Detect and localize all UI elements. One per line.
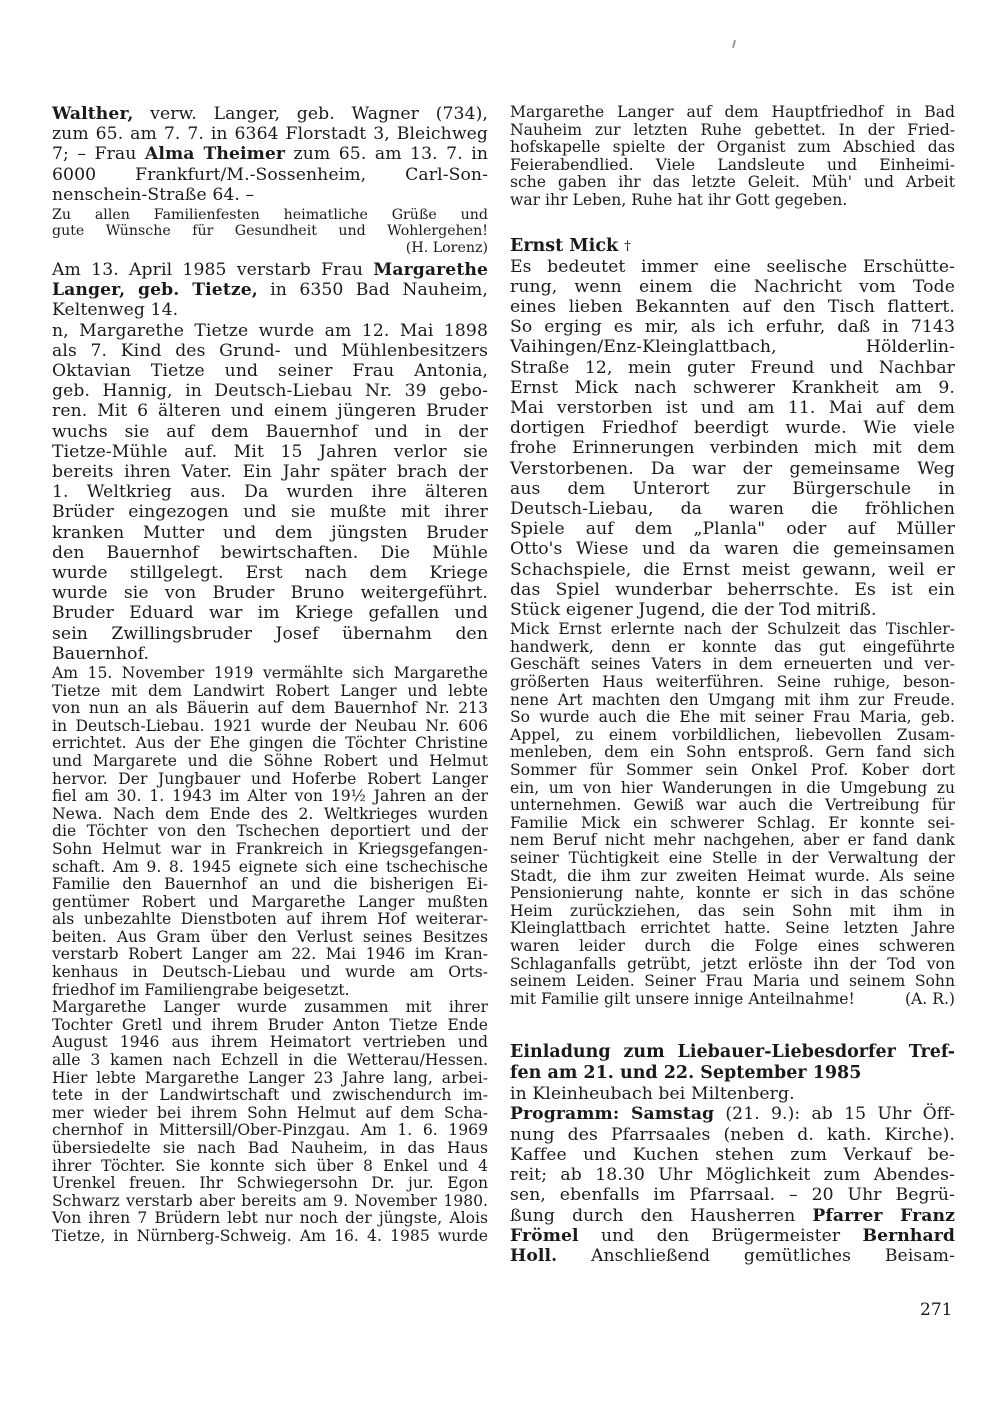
text-line: Geschäft seines Vaters in dem erneuerten… (510, 656, 955, 674)
text-line: Schwarz verstarb aber bereits am 9. Nove… (52, 1193, 488, 1211)
text-line: in Deutsch-Liebau. 1921 wurde der Neubau… (52, 718, 488, 736)
greeting-line: Zu allen Familienfesten heimatliche Grüß… (52, 207, 488, 223)
text-line: 1. Weltkrieg aus. Da wurden ihre älteren (52, 482, 488, 502)
closing-signature: (A. R.) (905, 991, 955, 1009)
left-column: Walther, verw. Langer, geb. Wagner (734)… (52, 104, 488, 1246)
text-line: übersiedelte sie nach Bad Nauheim, in da… (52, 1140, 488, 1158)
text-line: Margarethe Langer auf dem Hauptfriedhof … (510, 104, 955, 122)
text-line: errichtet. Aus der Ehe gingen die Töchte… (52, 735, 488, 753)
text-line: Tietze mit dem Landwirt Robert Langer un… (52, 683, 488, 701)
text-line: Brüder eingezogen und sie mußte mit ihre… (52, 502, 488, 522)
text-line: Deutsch-Liebau, da waren die fröhlichen (510, 499, 955, 519)
text-line: Tochter Gretl und ihrem Bruder Anton Tie… (52, 1017, 488, 1035)
text-line: war ihr Leben, Ruhe hat ihr Gott gegeben… (510, 192, 955, 210)
text-line: alle 3 kamen nach Echzell in die Wettera… (52, 1052, 488, 1070)
program-line: sen, ebenfalls im Pfarrsaal. – 20 Uhr Be… (510, 1185, 955, 1205)
text-line: geb. Hannig, in Deutsch-Liebau Nr. 39 ge… (52, 381, 488, 401)
text-line: den Bauernhof bewirtschaften. Die Mühle (52, 543, 488, 563)
right-column: Margarethe Langer auf dem Hauptfriedhof … (510, 104, 955, 1266)
text-line: dortigen Friedhof beerdigt wurde. Wie vi… (510, 418, 955, 438)
text-line: Oktavian Tietze und seiner Frau Antonia, (52, 361, 488, 381)
program-line: Holl. Anschließend gemütliches Beisam- (510, 1246, 955, 1266)
text-line: Tietze-Mühle auf. Mit 15 Jahren verlor s… (52, 442, 488, 462)
greeting-signature: (H. Lorenz) (52, 240, 488, 256)
text-line: 6000 Frankfurt/M.-Sossenheim, Carl-Son- (52, 165, 488, 185)
text-line: fiel am 30. 1. 1943 im Alter von 19½ Jah… (52, 788, 488, 806)
text-line: Schlaganfalls getrübt, jetzt erlöste ihn… (510, 956, 955, 974)
text-line: als 7. Kind des Grund- und Mühlenbesitze… (52, 341, 488, 361)
text-line: Newa. Nach dem Ende des 2. Weltkrieges w… (52, 806, 488, 824)
text-line: Von ihren 7 Brüdern lebt nur noch der jü… (52, 1210, 488, 1228)
text-line: Es bedeutet immer eine seelische Erschüt… (510, 257, 955, 277)
text-line: größerten Haus weiterführen. Seine ruhig… (510, 674, 955, 692)
text-line: Vaihingen/Enz-Kleinglattbach, Hölderlin- (510, 337, 955, 357)
text-line: Keltenweg 14. (52, 300, 488, 320)
text-line: tete in der Landwirtschaft und zwischend… (52, 1087, 488, 1105)
text-line: wurde sie von Bruder Bruno weitergeführt… (52, 583, 488, 603)
text-line: Spiele auf dem „Planla" oder auf Müller (510, 519, 955, 539)
text-line: wurde stillgelegt. Erst nach dem Kriege (52, 563, 488, 583)
obituary-mick-paragraph-1: Es bedeutet immer eine seelische Erschüt… (510, 257, 955, 621)
text-line: waren leider durch die Folge eines schwe… (510, 938, 955, 956)
text-line: So erging es mir, als ich erfuhr, daß in… (510, 317, 955, 337)
text-line: unternehmen. Gewiß war auch die Vertreib… (510, 797, 955, 815)
text-line: gentümer Robert und Margarethe Langer mu… (52, 894, 488, 912)
obituary-mick-paragraph-2: Mick Ernst erlernte nach der Schulzeit d… (510, 621, 955, 990)
invitation-body: in Kleinheubach bei Miltenberg. Programm… (510, 1084, 955, 1266)
program-line: reit; ab 18.30 Uhr Möglichkeit zum Abend… (510, 1165, 955, 1185)
text-line: Pensionierung nahte, konnte er sich in d… (510, 885, 955, 903)
text-line: von nun an als Bäuerin auf dem Bauernhof… (52, 700, 488, 718)
text-line: hervor. Der Jungbauer und Hoferbe Robert… (52, 771, 488, 789)
text-line: Sohn Helmut war in Frankreich in Kriegsg… (52, 841, 488, 859)
text-line: sche gaben ihr das letzte Geleit. Müh' u… (510, 174, 955, 192)
cross-icon: † (624, 239, 631, 254)
text-line: Hier lebte Margarethe Langer 23 Jahre la… (52, 1070, 488, 1088)
text-line: seinem Leiden. Seiner Frau Maria und sei… (510, 973, 955, 991)
text-line: chernhof in Mittersill/Ober-Pinzgau. Am … (52, 1122, 488, 1140)
program-line: Frömel und den Brügermeister Bernhard (510, 1226, 955, 1246)
obituary-mick-heading: Ernst Mick † (510, 236, 955, 257)
text-line: die Töchter von den Tschechen deportiert… (52, 823, 488, 841)
text-line: und Margarete und die Söhne Robert und H… (52, 753, 488, 771)
text-line: seiner Tüchtigkeit eine Stelle in der Ve… (510, 850, 955, 868)
text-line: ihrer Töchter. Sie konnte sich über 8 En… (52, 1158, 488, 1176)
text-line: schaft. Am 9. 8. 1945 eignete sich eine … (52, 859, 488, 877)
text-line: Straße 12, mein guter Freund und Nachbar (510, 358, 955, 378)
text-line: als unbezahlte Dienstboten auf ihrem Hof… (52, 911, 488, 929)
heading-text: Ernst Mick (510, 236, 618, 256)
text-line: Langer, geb. Tietze, in 6350 Bad Nauheim… (52, 280, 488, 300)
text-line: nenschein-Straße 64. – (52, 185, 488, 205)
text-line: Mick Ernst erlernte nach der Schulzeit d… (510, 621, 955, 639)
text-line: bereits ihren Vater. Ein Jahr später bra… (52, 462, 488, 482)
birthday-notices: Walther, verw. Langer, geb. Wagner (734)… (52, 104, 488, 205)
program-line: Kaffee und Kuchen stehen zum Verkauf be- (510, 1145, 955, 1165)
text-line: So wurde auch die Ehe mit seiner Frau Ma… (510, 709, 955, 727)
text-line: Heim zurückziehen, das sein Sohn mit ihm… (510, 903, 955, 921)
text-line: Kleinglattbach errichtet hatte. Seine le… (510, 920, 955, 938)
text-line: 7; – Frau Alma Theimer zum 65. am 13. 7.… (52, 144, 488, 164)
text-line: Am 15. November 1919 vermählte sich Marg… (52, 665, 488, 683)
text-line: Verstorbenen. Da war der gemeinsame Weg (510, 459, 955, 479)
page-number: 271 (920, 1300, 952, 1320)
text-line: Bauernhof. (52, 644, 488, 664)
obituary-langer-intro: Am 13. April 1985 verstarb Frau Margaret… (52, 260, 488, 321)
text-line: mer wieder bei ihrem Sohn Helmut auf dem… (52, 1105, 488, 1123)
text-line: Stück eigener Jugend, die der Tod mitriß… (510, 600, 955, 620)
obituary-mick-closing: mit Familie gilt unsere innige Anteilnah… (510, 991, 955, 1009)
obituary-langer-paragraph-2: Am 15. November 1919 vermählte sich Marg… (52, 665, 488, 999)
text-line: Appel, zu einem vorbildlichen, liebevoll… (510, 727, 955, 745)
obituary-langer-continued: Margarethe Langer auf dem Hauptfriedhof … (510, 104, 955, 210)
text-line: aus dem Unterort zur Bürgerschule in (510, 479, 955, 499)
heading-line: fen am 21. und 22. September 1985 (510, 1063, 955, 1084)
text-line: wuchs sie auf dem Bauernhof und in der (52, 422, 488, 442)
program-label: Programm: Samstag (510, 1104, 714, 1124)
text-line: handwerk, denn er konnte das gut eingefü… (510, 639, 955, 657)
text-line: beiten. Aus Gram über den Verlust seines… (52, 929, 488, 947)
text-line: Stadt, die ihm zur zweiten Heimat wurde.… (510, 868, 955, 886)
text-line: eines lieben Bekannten auf den Tisch fla… (510, 297, 955, 317)
text-line: sein Zwillingsbruder Josef übernahm den (52, 624, 488, 644)
text-line: Nauheim zur letzten Ruhe gebettet. In de… (510, 122, 955, 140)
invitation-location: in Kleinheubach bei Miltenberg. (510, 1084, 955, 1104)
text-line: frohe Erinnerungen verbinden mich mit de… (510, 438, 955, 458)
text-line: ein, um von hier Wanderungen in die Umge… (510, 780, 955, 798)
text-line: nem Beruf nicht mehr nachgehen, aber er … (510, 832, 955, 850)
text-line: Margarethe Langer wurde zusammen mit ihr… (52, 999, 488, 1017)
text-line: August 1946 aus ihrem Heimatort vertrieb… (52, 1034, 488, 1052)
text-line: Bruder Eduard war im Kriege gefallen und (52, 603, 488, 623)
invitation-heading: Einladung zum Liebauer-Liebesdorfer Tref… (510, 1042, 955, 1084)
text-line: hofskapelle spielte der Organist zum Abs… (510, 139, 955, 157)
scan-speck (732, 40, 736, 48)
text-line: das Spiel wunderbar beherrschte. Es ist … (510, 580, 955, 600)
text-line: Walther, verw. Langer, geb. Wagner (734)… (52, 104, 488, 124)
text-line: kranken Mutter und dem jüngsten Bruder (52, 523, 488, 543)
text-line: menleben, dem ein Sohn entsproß. Gern fa… (510, 744, 955, 762)
program-line: Programm: Samstag (21. 9.): ab 15 Uhr Öf… (510, 1104, 955, 1124)
greeting-line: gute Wünsche für Gesundheit und Wohlerge… (52, 223, 488, 239)
text-line: n, Margarethe Tietze wurde am 12. Mai 18… (52, 321, 488, 341)
heading-line: Einladung zum Liebauer-Liebesdorfer Tref… (510, 1042, 955, 1063)
text-line: Tietze, in Nürnberg-Schweig. Am 16. 4. 1… (52, 1228, 488, 1246)
text-line: nene Art machten den Umgang mit ihm zur … (510, 692, 955, 710)
text-line: Otto's Wiese und da waren die gemeinsame… (510, 539, 955, 559)
text-line: Mai verstorben ist und am 11. Mai auf de… (510, 398, 955, 418)
text-line: verstarb Robert Langer am 22. Mai 1946 i… (52, 946, 488, 964)
text-line: Sommer für Sommer sein Onkel Prof. Kober… (510, 762, 955, 780)
obituary-langer-paragraph-3: Margarethe Langer wurde zusammen mit ihr… (52, 999, 488, 1245)
birthday-greeting: Zu allen Familienfesten heimatliche Grüß… (52, 207, 488, 256)
text-line: Feierabendlied. Viele Landsleute und Ein… (510, 157, 955, 175)
closing-text: mit Familie gilt unsere innige Anteilnah… (510, 991, 855, 1009)
text-line: Familie den Bauernhof an und die bisheri… (52, 876, 488, 894)
text-line: Am 13. April 1985 verstarb Frau Margaret… (52, 260, 488, 280)
program-line: ßung durch den Hausherren Pfarrer Franz (510, 1206, 955, 1226)
text-line: kenhaus in Deutsch-Liebau und wurde am O… (52, 964, 488, 982)
text-line: Schachspiele, die Ernst meist gewann, we… (510, 560, 955, 580)
text-line: ren. Mit 6 älteren und einem jüngeren Br… (52, 401, 488, 421)
text-line: Urenkel freuen. Ihr Schwiegersohn Dr. ju… (52, 1175, 488, 1193)
text-line: rung, wenn einem die Nachricht vom Tode (510, 277, 955, 297)
obituary-langer-paragraph-1: n, Margarethe Tietze wurde am 12. Mai 18… (52, 321, 488, 664)
text-line: zum 65. am 7. 7. in 6364 Florstadt 3, Bl… (52, 124, 488, 144)
text-line: Familie Mick ein schwerer Schlag. Er kon… (510, 815, 955, 833)
program-line: nung des Pfarrsaales (neben d. kath. Kir… (510, 1125, 955, 1145)
text-line: Ernst Mick nach schwerer Krankheit am 9. (510, 378, 955, 398)
text-line: friedhof im Familiengrabe beigesetzt. (52, 982, 488, 1000)
